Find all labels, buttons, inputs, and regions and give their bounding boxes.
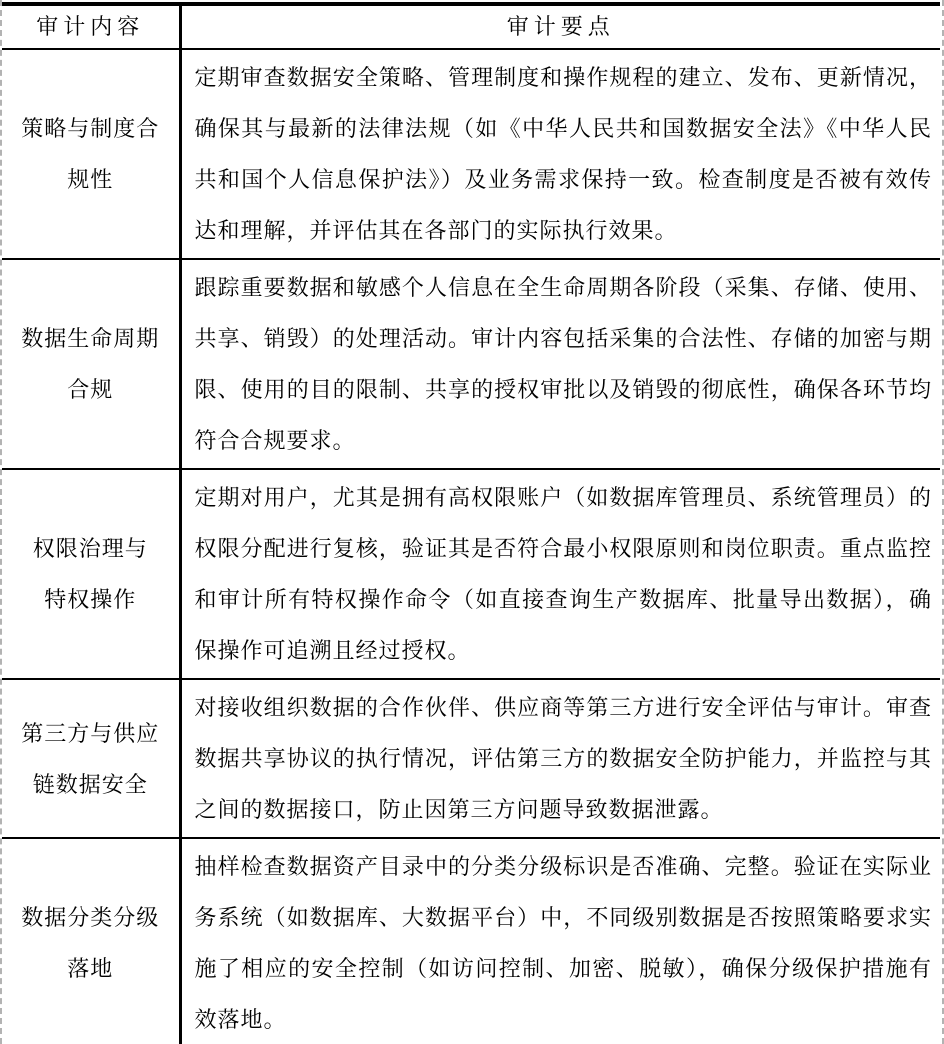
audit-points-cell: 定期审查数据安全策略、管理制度和操作规程的建立、发布、更新情况，确保其与最新的法… bbox=[180, 49, 940, 259]
audit-content-cell: 权限治理与 特权操作 bbox=[2, 469, 180, 679]
table-row-privilege-governance: 权限治理与 特权操作 定期对用户，尤其是拥有高权限账户（如数据库管理员、系统管理… bbox=[2, 469, 940, 679]
audit-content-cell: 第三方与供应 链数据安全 bbox=[2, 679, 180, 838]
document-page: 审计内容 审计要点 策略与制度合 规性 定期审查数据安全策略、管理制度和操作规程… bbox=[0, 0, 944, 1044]
audit-content-cell: 数据生命周期 合规 bbox=[2, 259, 180, 469]
table-row-data-classification: 数据分类分级 落地 抽样检查数据资产目录中的分类分级标识是否准确、完整。验证在实… bbox=[2, 838, 940, 1044]
audit-points-cell: 对接收组织数据的合作伙伴、供应商等第三方进行安全评估与审计。审查数据共享协议的执… bbox=[180, 679, 940, 838]
audit-points-cell: 抽样检查数据资产目录中的分类分级标识是否准确、完整。验证在实际业务系统（如数据库… bbox=[180, 838, 940, 1044]
audit-content-cell: 数据分类分级 落地 bbox=[2, 838, 180, 1044]
table-row-policy-compliance: 策略与制度合 规性 定期审查数据安全策略、管理制度和操作规程的建立、发布、更新情… bbox=[2, 49, 940, 259]
audit-points-cell: 跟踪重要数据和敏感个人信息在全生命周期各阶段（采集、存储、使用、共享、销毁）的处… bbox=[180, 259, 940, 469]
table-row-data-lifecycle: 数据生命周期 合规 跟踪重要数据和敏感个人信息在全生命周期各阶段（采集、存储、使… bbox=[2, 259, 940, 469]
audit-content-cell: 策略与制度合 规性 bbox=[2, 49, 180, 259]
table-row-third-party-supply-chain: 第三方与供应 链数据安全 对接收组织数据的合作伙伴、供应商等第三方进行安全评估与… bbox=[2, 679, 940, 838]
column-header-audit-content: 审计内容 bbox=[2, 4, 180, 49]
table-header-row: 审计内容 审计要点 bbox=[2, 4, 940, 49]
audit-points-cell: 定期对用户，尤其是拥有高权限账户（如数据库管理员、系统管理员）的权限分配进行复核… bbox=[180, 469, 940, 679]
column-header-audit-points: 审计要点 bbox=[180, 4, 940, 49]
audit-table: 审计内容 审计要点 策略与制度合 规性 定期审查数据安全策略、管理制度和操作规程… bbox=[2, 2, 940, 1044]
